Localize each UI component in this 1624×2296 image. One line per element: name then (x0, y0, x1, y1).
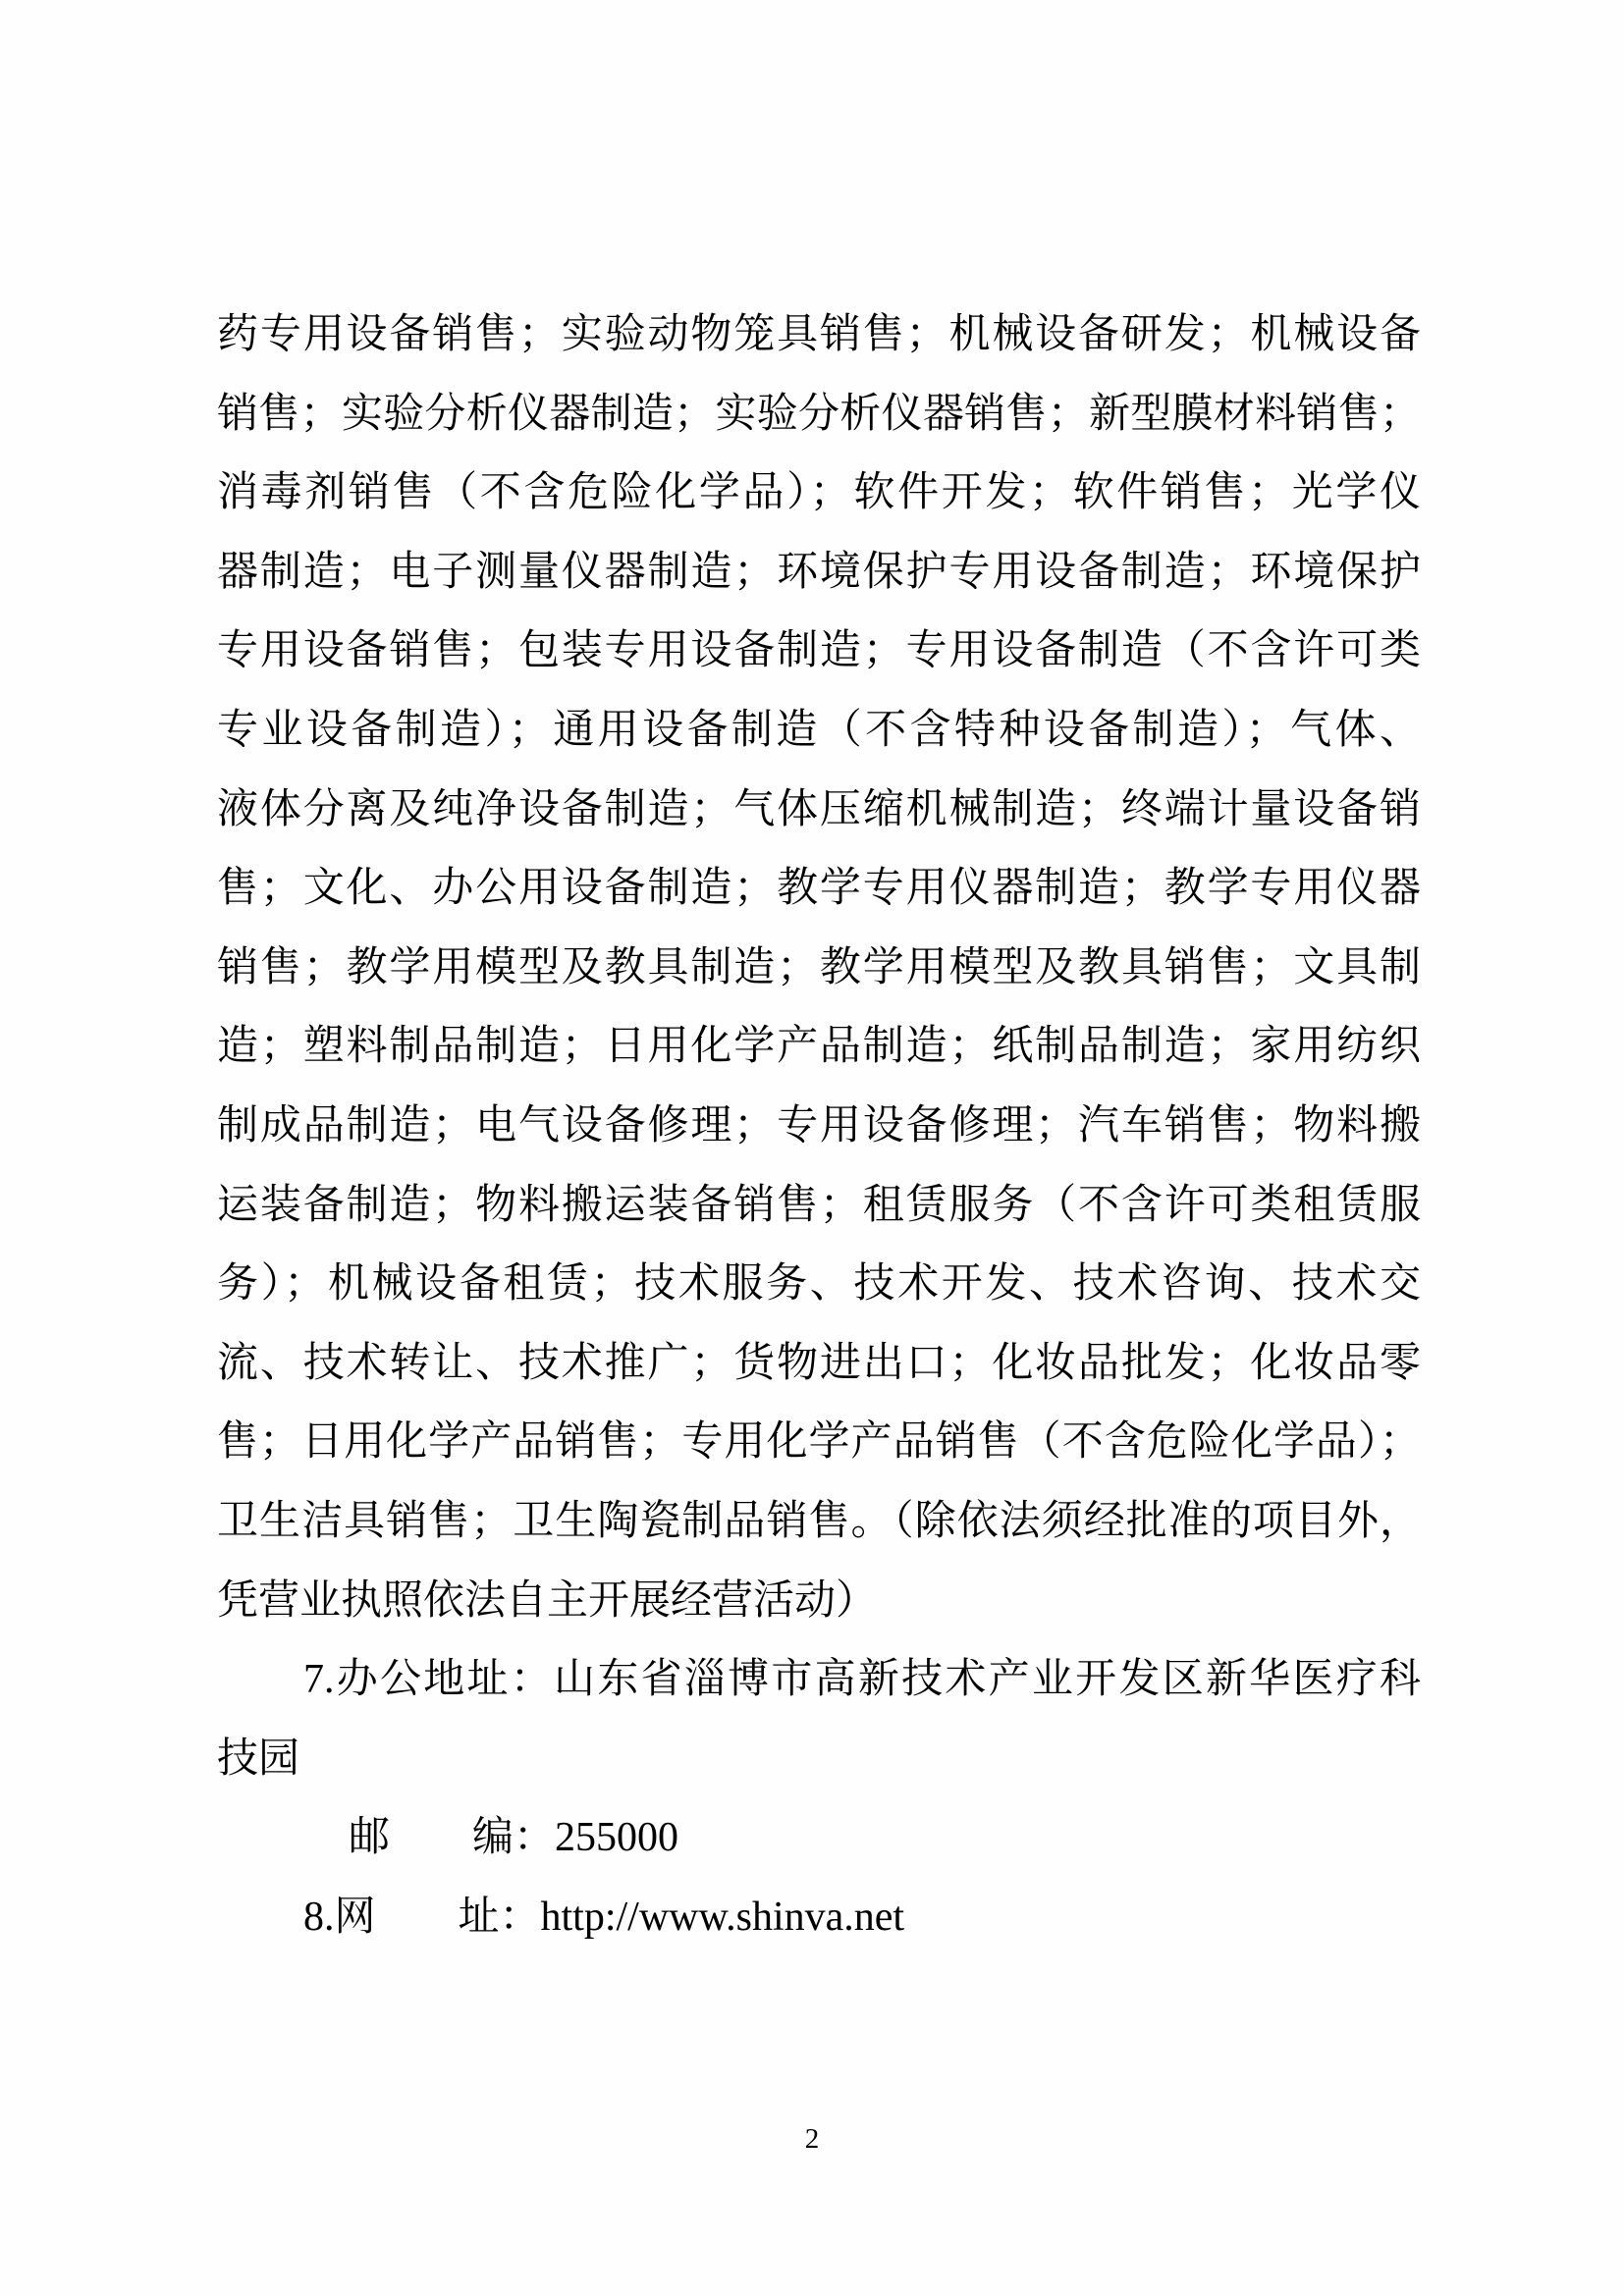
text-line: 卫生洁具销售；卫生陶瓷制品销售。（除依法须经批准的项目外， (217, 1482, 1421, 1562)
text-line: 消毒剂销售（不含危险化学品）；软件开发；软件销售；光学仪 (217, 454, 1421, 533)
text-line: 流、技术转让、技术推广；货物进出口；化妆品批发；化妆品零 (217, 1324, 1421, 1404)
document-body: 药专用设备销售；实验动物笼具销售；机械设备研发；机械设备 销售；实验分析仪器制造… (217, 295, 1421, 1956)
postal-code-line: 邮 编：255000 (217, 1798, 1421, 1878)
page-number: 2 (0, 2118, 1624, 2160)
text-line: 销售；教学用模型及教具制造；教学用模型及教具销售；文具制 (217, 929, 1421, 1008)
text-line: 专用设备销售；包装专用设备制造；专用设备制造（不含许可类 (217, 612, 1421, 691)
text-line: 专业设备制造）；通用设备制造（不含特种设备制造）；气体、 (217, 691, 1421, 771)
text-line: 制成品制造；电气设备修理；专用设备修理；汽车销售；物料搬 (217, 1087, 1421, 1166)
text-line: 售；文化、办公用设备制造；教学专用仪器制造；教学专用仪器 (217, 849, 1421, 929)
text-line: 售；日用化学产品销售；专用化学产品销售（不含危险化学品）； (217, 1403, 1421, 1482)
document-page: 药专用设备销售；实验动物笼具销售；机械设备研发；机械设备 销售；实验分析仪器制造… (0, 0, 1624, 2296)
text-line: 销售；实验分析仪器制造；实验分析仪器销售；新型膜材料销售； (217, 375, 1421, 454)
website-line: 8.网 址：http://www.shinva.net (217, 1878, 1421, 1957)
office-address-line: 技园 (217, 1720, 1421, 1799)
text-line: 凭营业执照依法自主开展经营活动） (217, 1562, 1421, 1641)
text-line: 器制造；电子测量仪器制造；环境保护专用设备制造；环境保护 (217, 533, 1421, 613)
text-line: 药专用设备销售；实验动物笼具销售；机械设备研发；机械设备 (217, 295, 1421, 375)
office-address-line: 7.办公地址：山东省淄博市高新技术产业开发区新华医疗科 (217, 1640, 1421, 1720)
text-line: 造；塑料制品制造；日用化学产品制造；纸制品制造；家用纺织 (217, 1007, 1421, 1087)
text-line: 务）；机械设备租赁；技术服务、技术开发、技术咨询、技术交 (217, 1245, 1421, 1324)
text-line: 液体分离及纯净设备制造；气体压缩机械制造；终端计量设备销 (217, 771, 1421, 850)
text-line: 运装备制造；物料搬运装备销售；租赁服务（不含许可类租赁服 (217, 1166, 1421, 1246)
